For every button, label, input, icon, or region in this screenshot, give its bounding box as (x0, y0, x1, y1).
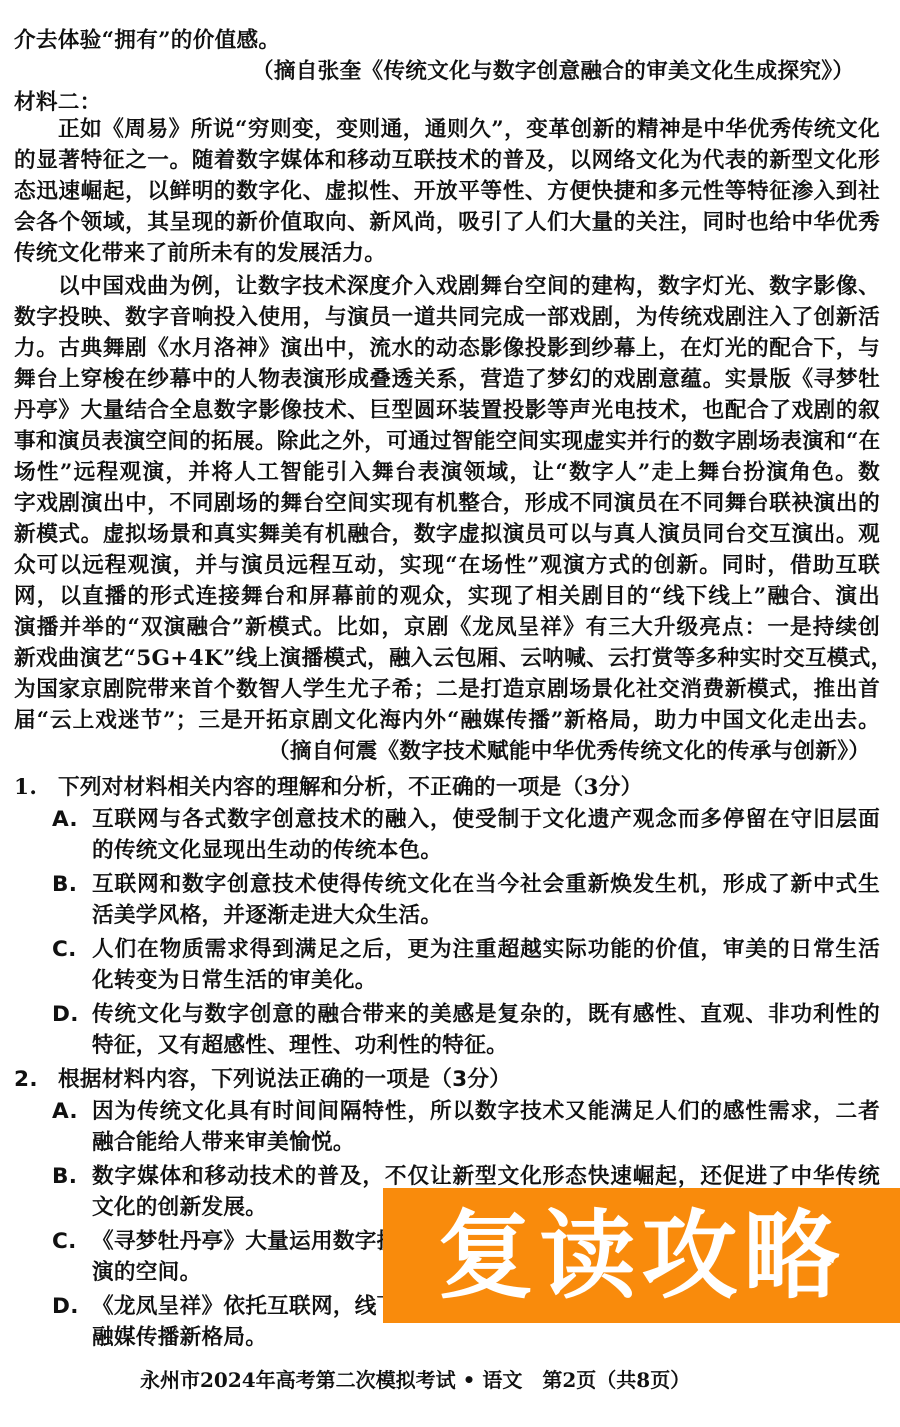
question-number: 1. (14, 773, 54, 803)
watermark-banner: 复读攻略 (383, 1188, 900, 1323)
watermark-text: 复读攻略 (438, 1208, 846, 1304)
material2-p2-line: 网，以直播的形式连接舞台和屏幕前的观众，实现了相关剧目的“线下线上”融合、演出 (14, 582, 880, 612)
option-letter: A. (52, 805, 92, 835)
option-letter: D. (52, 1000, 92, 1030)
option-text: 人们在物质需求得到满足之后，更为注重超越实际功能的价值，审美的日常生活 (92, 935, 880, 965)
material2-p2-line: 届“云上戏迷节”；三是开拓京剧文化海内外“融媒传播”新格局，助力中国文化走出去。 (14, 706, 880, 736)
question-stem: 下列对材料相关内容的理解和分析，不正确的一项是（3分） (58, 773, 900, 803)
material2-p2-line: 力。古典舞剧《水月洛神》演出中，流水的动态影像投影到纱幕上，在灯光的配合下，与 (14, 334, 880, 364)
material2-p2-line: 为国家京剧院带来首个数智人学生尤子希；二是打造京剧场景化社交消费新模式，推出首 (14, 675, 880, 705)
option-letter: B. (52, 1162, 92, 1192)
material2-p2-line: 众可以远程观演，并与演员远程互动，实现“在场性”观演方式的创新。同时，借助互联 (14, 551, 880, 581)
material2-p2-line: 数字投映、数字音响投入使用，与演员一道共同完成一部戏剧，为传统戏剧注入了创新活 (14, 303, 880, 333)
option-text: 融媒传播新格局。 (92, 1323, 900, 1353)
option-text: 融合能给人带来审美愉悦。 (92, 1128, 900, 1158)
option-text: 的传统文化显现出生动的传统本色。 (92, 836, 900, 866)
material2-p2-line: 场性”远程观演，并将人工智能引入舞台表演领域，让“数字人”走上舞台扮演角色。数 (14, 458, 880, 488)
option-letter: D. (52, 1292, 92, 1322)
material1-last-line: 介去体验“拥有”的价值感。 (14, 26, 880, 56)
material2-p2-line: 新戏曲演艺“5G+4K”线上演播模式，融入云包厢、云呐喊、云打赏等多种实时交互模… (14, 644, 880, 674)
material2-p2-line: 丹亭》大量结合全息数字影像技术、巨型圆环装置投影等声光电技术，也配合了戏剧的叙 (14, 396, 880, 426)
option-letter: C. (52, 1227, 92, 1257)
material2-p2-line: 舞台上穿梭在纱幕中的人物表演形成叠透关系，营造了梦幻的戏剧意蕴。实景版《寻梦牡 (14, 365, 880, 395)
option-text: 化转变为日常生活的审美化。 (92, 966, 900, 996)
material2-heading: 材料二： (14, 88, 880, 118)
option-text: 互联网与各式数字创意技术的融入，使受制于文化遗产观念而多停留在守旧层面 (92, 805, 880, 835)
material2-p2-line: 字戏剧演出中，不同剧场的舞台空间实现有机整合，形成不同演员在不同舞台联袂演出的 (14, 489, 880, 519)
material2-p1-line: 态迅速崛起，以鲜明的数字化、虚拟性、开放平等性、方便快捷和多元性等特征渗入到社 (14, 177, 880, 207)
material2-p1-line: 正如《周易》所说“穷则变，变则通，通则久”，变革创新的精神是中华优秀传统文化 (58, 115, 880, 145)
exam-page: 介去体验“拥有”的价值感。 （摘自张奎《传统文化与数字创意融合的审美文化生成探究… (0, 0, 900, 1427)
question-number: 2. (14, 1065, 54, 1095)
material2-p1-line: 传统文化带来了前所未有的发展活力。 (14, 239, 880, 269)
option-letter: C. (52, 935, 92, 965)
material1-source: （摘自张奎《传统文化与数字创意融合的审美文化生成探究》） (252, 57, 900, 87)
option-letter: A. (52, 1097, 92, 1127)
material2-p1-line: 的显著特征之一。随着数字媒体和移动互联技术的普及，以网络文化为代表的新型文化形 (14, 146, 880, 176)
material2-p2-line: 演播并举的“双演融合”新模式。比如，京剧《龙凤呈祥》有三大升级亮点：一是持续创 (14, 613, 880, 643)
material2-p2-line: 新模式。虚拟场景和真实舞美有机融合，数字虚拟演员可以与真人演员同台交互演出。观 (14, 520, 880, 550)
option-text: 互联网和数字创意技术使得传统文化在当今社会重新焕发生机，形成了新中式生 (92, 870, 880, 900)
question-stem: 根据材料内容，下列说法正确的一项是（3分） (58, 1065, 900, 1095)
material2-p1-line: 会各个领域，其呈现的新价值取向、新风尚，吸引了人们大量的关注，同时也给中华优秀 (14, 208, 880, 238)
option-letter: B. (52, 870, 92, 900)
option-text: 特征，又有超感性、理性、功利性的特征。 (92, 1031, 900, 1061)
option-text: 传统文化与数字创意的融合带来的美感是复杂的，既有感性、直观、非功利性的 (92, 1000, 880, 1030)
material2-p2-line: 以中国戏曲为例，让数字技术深度介入戏剧舞台空间的建构，数字灯光、数字影像、 (58, 272, 880, 302)
page-footer: 永州市2024年高考第二次模拟考试 • 语文 第2页（共8页） (140, 1366, 760, 1394)
material2-p2-line: 事和演员表演空间的拓展。除此之外，可通过智能空间实现虚实并行的数字剧场表演和“在 (14, 427, 880, 457)
material2-source: （摘自何震《数字技术赋能中华优秀传统文化的传承与创新》） (268, 737, 900, 767)
option-text: 活美学风格，并逐渐走进大众生活。 (92, 901, 900, 931)
option-text: 因为传统文化具有时间间隔特性，所以数字技术又能满足人们的感性需求，二者 (92, 1097, 880, 1127)
